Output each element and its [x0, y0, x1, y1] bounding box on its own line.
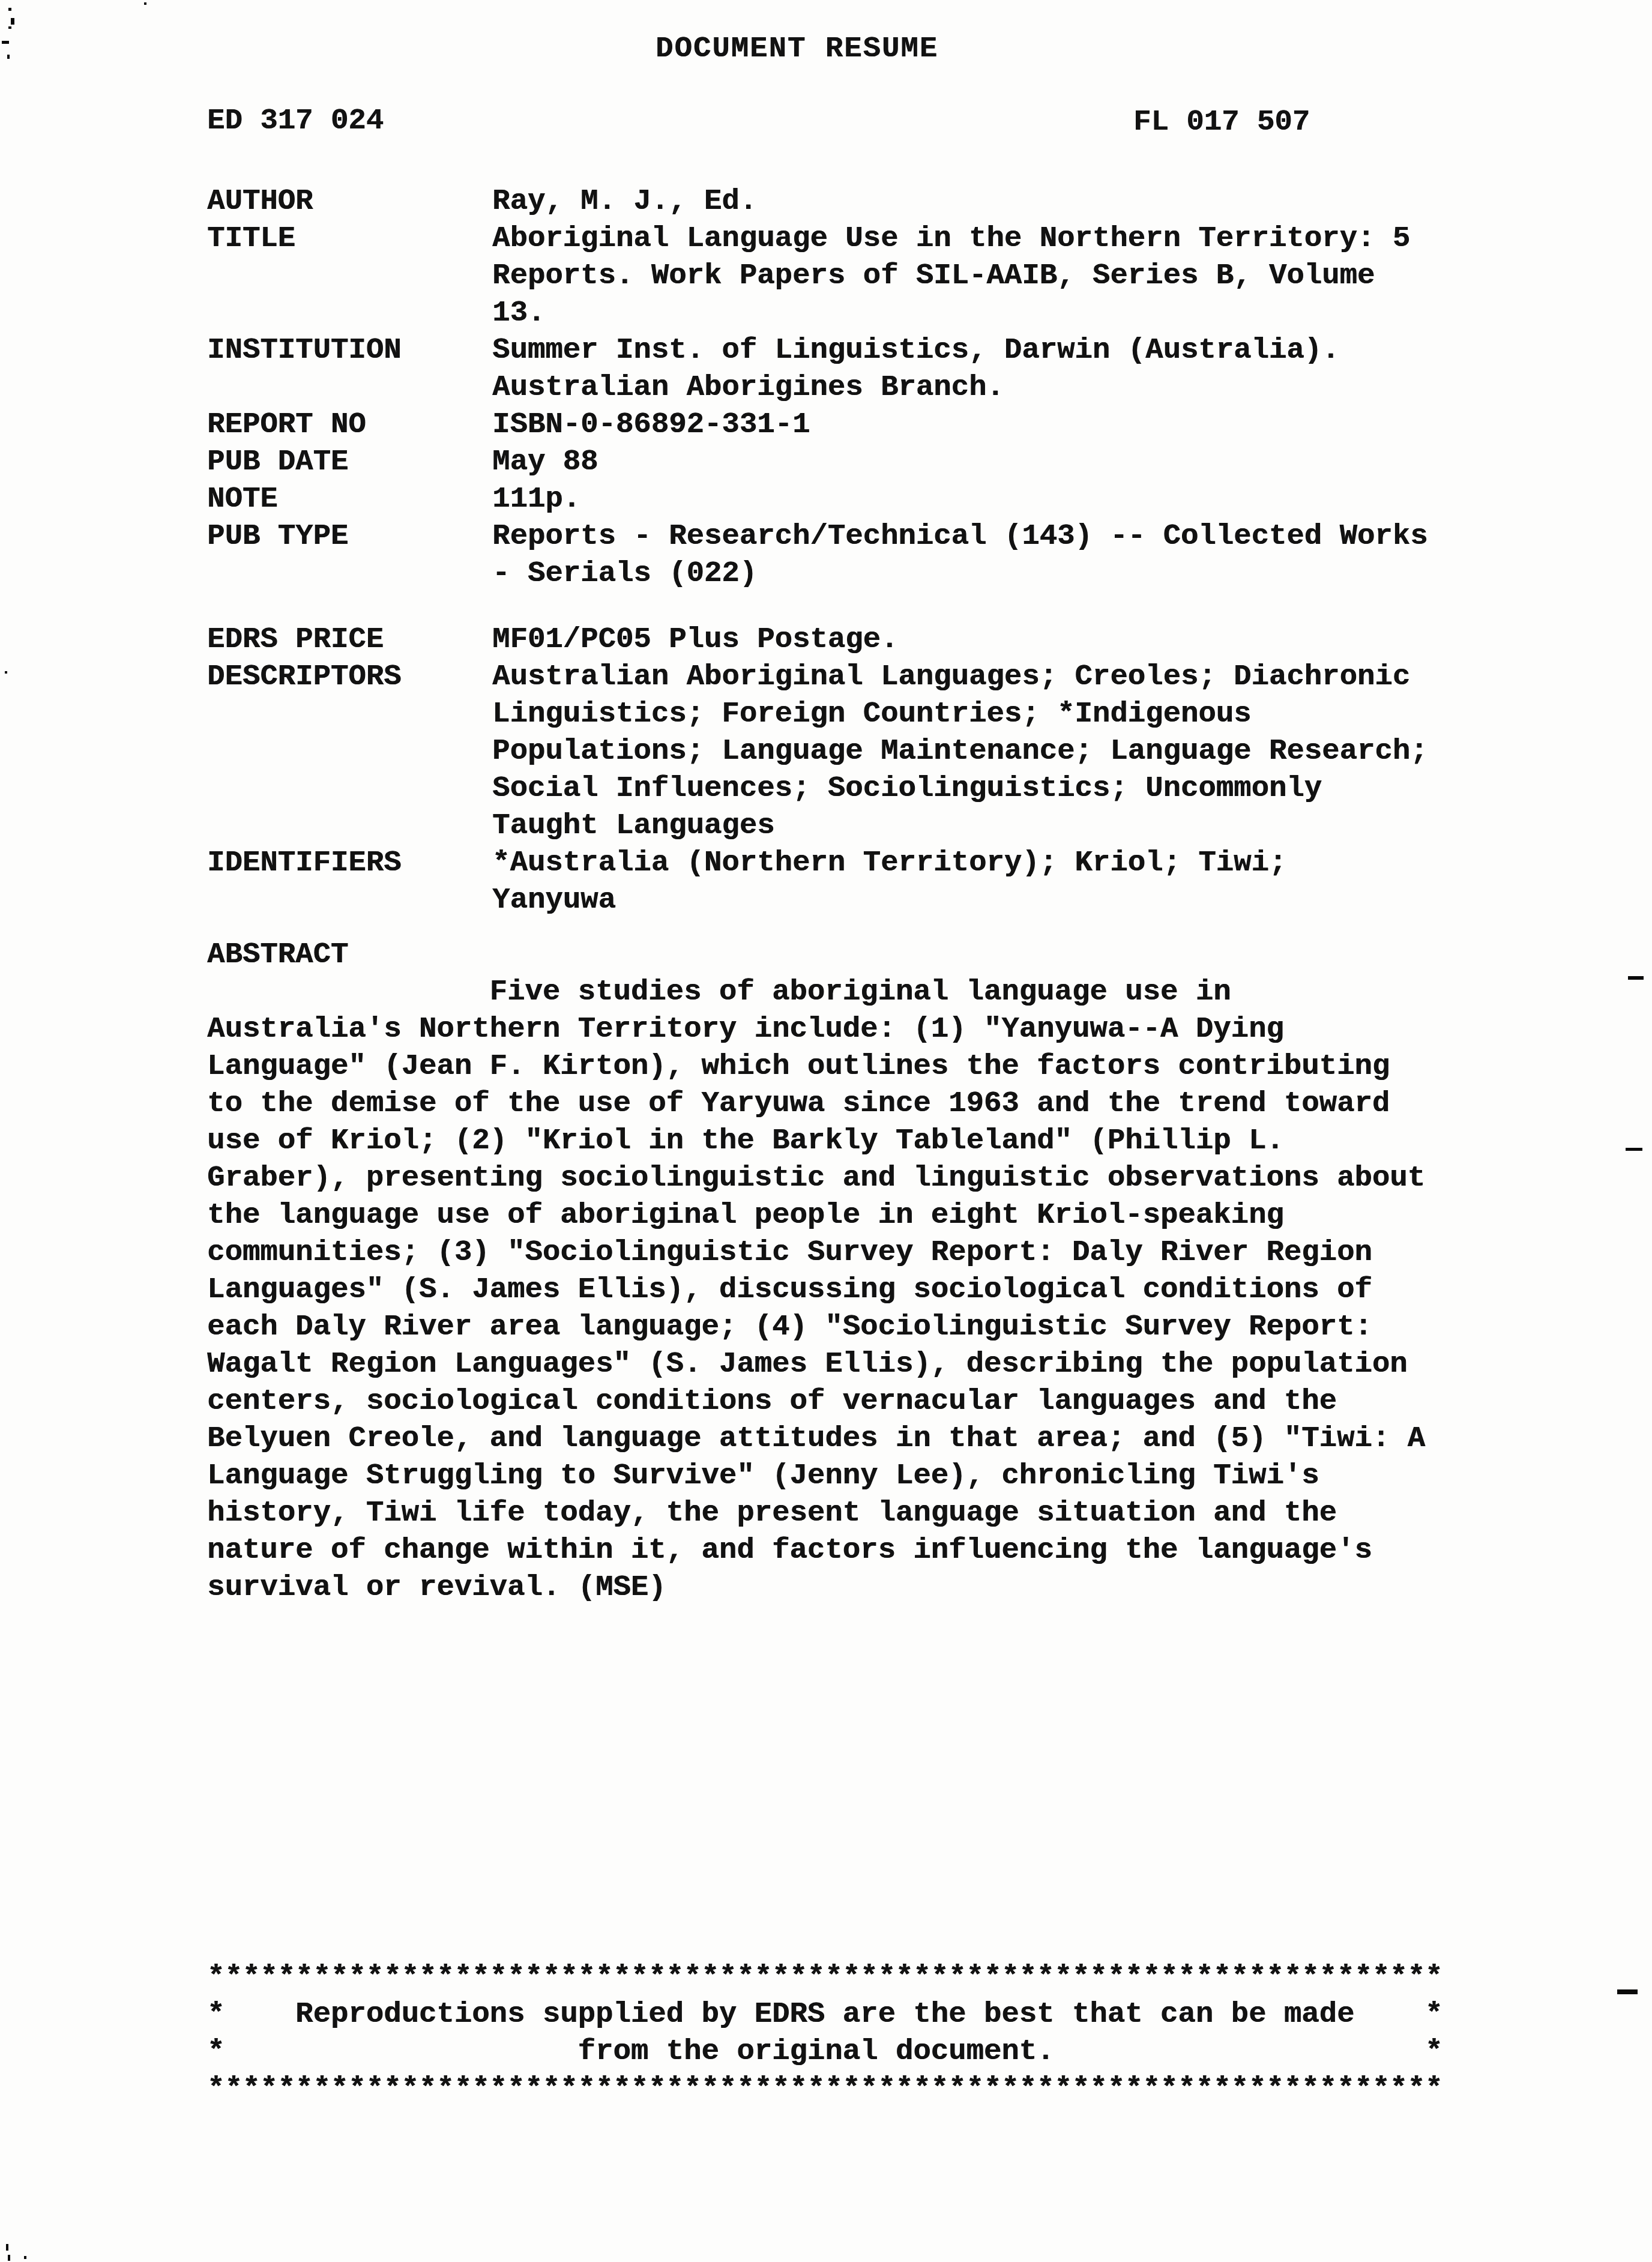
field-label-identifiers: IDENTIFIERS [207, 844, 492, 918]
scan-speck [24, 2256, 26, 2259]
field-row-author: AUTHORRay, M. J., Ed. [207, 182, 757, 220]
edrs-reproduction-notice: ****************************************… [207, 1958, 1442, 2107]
margin-mark [1628, 976, 1644, 980]
ed-accession-number: ED 317 024 [207, 102, 384, 139]
clearinghouse-number: FL 017 507 [1133, 103, 1310, 140]
field-label-pub-type: PUB TYPE [207, 517, 492, 592]
field-value-title: Aboriginal Language Use in the Northern … [492, 220, 1410, 331]
field-row-identifiers: IDENTIFIERS*Australia (Northern Territor… [207, 844, 1286, 918]
scan-speck [5, 671, 7, 674]
field-label-author: AUTHOR [207, 182, 492, 220]
scan-speck [6, 2244, 8, 2251]
field-row-descriptors: DESCRIPTORSAustralian Aboriginal Languag… [207, 658, 1427, 844]
field-row-pub-date: PUB DATEMay 88 [207, 443, 598, 480]
scan-speck [8, 2255, 10, 2261]
scan-speck [7, 55, 10, 59]
field-label-note: NOTE [207, 480, 492, 517]
abstract-text: Five studies of aboriginal language use … [207, 973, 1425, 1606]
field-value-report-no: ISBN-0-86892-331-1 [492, 406, 810, 443]
scan-speck [2, 41, 9, 44]
scan-speck [144, 2, 146, 5]
field-row-institution: INSTITUTIONSummer Inst. of Linguistics, … [207, 331, 1339, 406]
abstract-label: ABSTRACT [207, 936, 348, 973]
field-value-pub-date: May 88 [492, 443, 598, 480]
margin-mark [1626, 1148, 1642, 1151]
field-label-edrs-price: EDRS PRICE [207, 621, 492, 658]
field-row-pub-type: PUB TYPEReports - Research/Technical (14… [207, 517, 1427, 592]
field-label-descriptors: DESCRIPTORS [207, 658, 492, 844]
scan-speck [8, 26, 11, 29]
field-value-identifiers: *Australia (Northern Territory); Kriol; … [492, 844, 1286, 918]
field-row-report-no: REPORT NOISBN-0-86892-331-1 [207, 406, 810, 443]
field-value-pub-type: Reports - Research/Technical (143) -- Co… [492, 517, 1427, 592]
field-label-report-no: REPORT NO [207, 406, 492, 443]
margin-mark [1617, 1989, 1638, 1994]
field-value-descriptors: Australian Aboriginal Languages; Creoles… [492, 658, 1427, 844]
field-value-edrs-price: MF01/PC05 Plus Postage. [492, 621, 898, 658]
field-value-institution: Summer Inst. of Linguistics, Darwin (Aus… [492, 331, 1339, 406]
field-row-title: TITLEAboriginal Language Use in the Nort… [207, 220, 1410, 331]
scan-speck [8, 8, 11, 11]
field-label-pub-date: PUB DATE [207, 443, 492, 480]
field-value-author: Ray, M. J., Ed. [492, 182, 757, 220]
page-title: DOCUMENT RESUME [656, 30, 938, 67]
field-label-institution: INSTITUTION [207, 331, 492, 406]
field-row-note: NOTE111p. [207, 480, 580, 517]
scan-speck [11, 18, 14, 25]
document-resume-page: DOCUMENT RESUME ED 317 024 FL 017 507 AU… [0, 0, 1652, 2262]
field-label-title: TITLE [207, 220, 492, 331]
field-value-note: 111p. [492, 480, 580, 517]
field-row-edrs-price: EDRS PRICEMF01/PC05 Plus Postage. [207, 621, 898, 658]
